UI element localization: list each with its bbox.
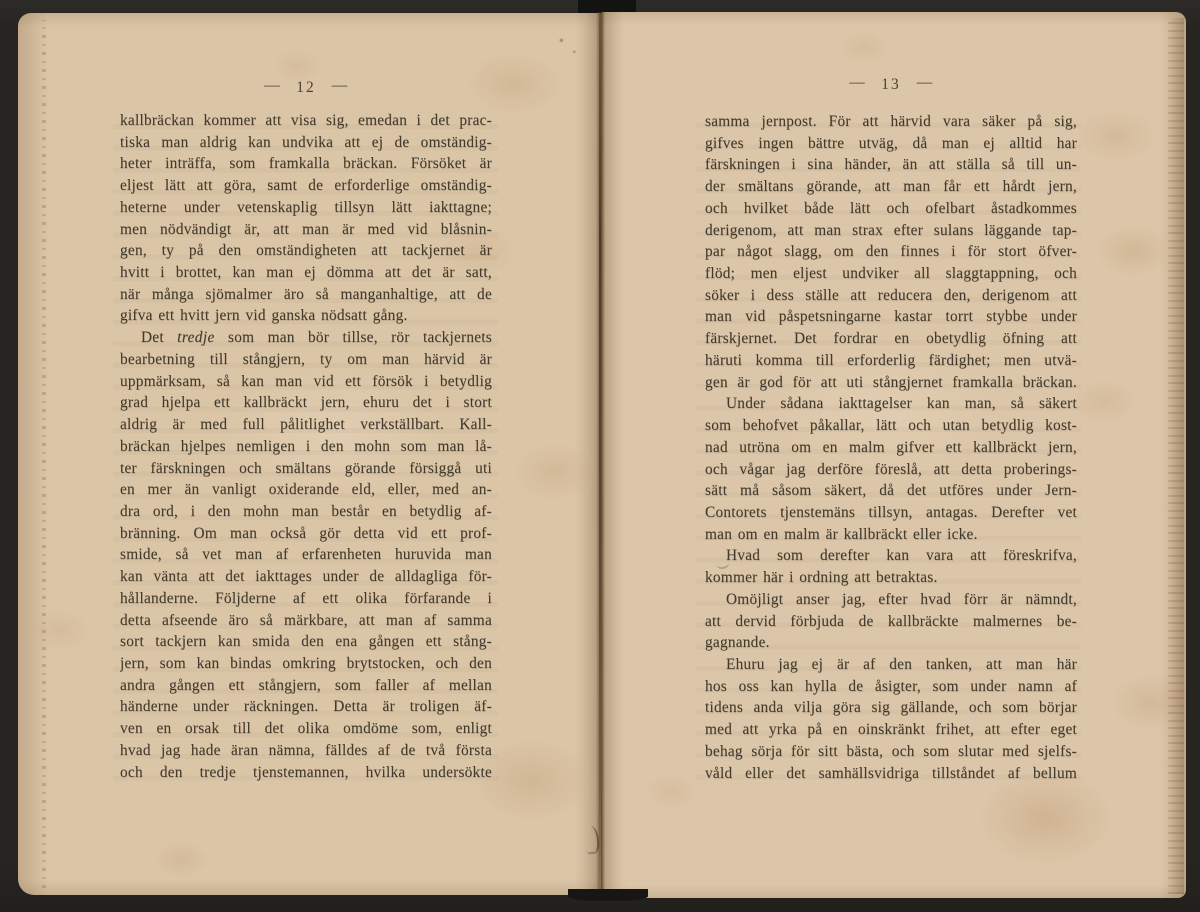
text-line: samma jernpost. För att härvid vara säke… <box>705 111 1077 133</box>
text-line: gifva ett hvitt jern vid ganska nödsatt … <box>120 305 492 327</box>
text-line: kallbräckan kommer att visa sig, emedan … <box>120 110 492 132</box>
text-line: när många sjömalmer äro så manganhaltige… <box>120 284 492 306</box>
text-line: färskjernet. Det fordrar en obetydlig öf… <box>705 328 1077 350</box>
text-line: bräckan hjelpes nemligen i den mohn som … <box>120 436 492 458</box>
text-line: hvitt i brottet, kan man ej dömma att de… <box>120 262 492 284</box>
page-text-column: samma jernpost. För att härvid vara säke… <box>705 111 1077 784</box>
text-line: derigenom, att man strax efter sulans lä… <box>705 220 1077 242</box>
header-dash-right: — <box>332 77 348 94</box>
text-line: ven en orsak till det olika omdöme som, … <box>120 718 492 740</box>
header-dash-left: — <box>849 74 865 91</box>
text-line: sort tackjern kan smida den ena gången e… <box>120 631 492 653</box>
text-line: Ehuru jag ej är af den tanken, att man h… <box>705 654 1077 676</box>
scanner-gap-bottom <box>568 889 648 901</box>
header-dash-right: — <box>917 74 933 91</box>
text-line: hos oss kan hylla de åsigter, som under … <box>705 676 1077 698</box>
text-line: man om en malm är kallbräckt eller icke. <box>705 524 1077 546</box>
text-line: en mer än vanligt oxiderande eld, eller,… <box>120 479 492 501</box>
text-line: tiska man aldrig kan undvika att ej de o… <box>120 132 492 154</box>
page-number: 12 <box>296 79 316 96</box>
text-line: andra gången ett stångjern, som faller a… <box>120 675 492 697</box>
text-line: Hvad som derefter kan vara att föreskrif… <box>705 545 1077 567</box>
text-line: flöd; men eljest undviker all slaggtappn… <box>705 263 1077 285</box>
text-line: grad hjelpa ett kallbräckt jern, ehuru d… <box>120 392 492 414</box>
page-text-column: kallbräckan kommer att visa sig, emedan … <box>120 110 492 783</box>
text-line: sätt må såsom säkert, då det utföres und… <box>705 480 1077 502</box>
text-line: gagnande. <box>705 632 1077 654</box>
page-header: —12— <box>120 79 492 97</box>
book-page-right: —13— samma jernpost. För att härvid vara… <box>601 12 1186 898</box>
text-line: våld eller det samhällsvidriga tillstånd… <box>705 763 1077 785</box>
text-line: Contorets tjenstemäns tillsyn, antagas. … <box>705 502 1077 524</box>
text-line: jern, som kan bindas omkring brytstocken… <box>120 653 492 675</box>
text-line: smide, så vet man af erfarenheten huruvi… <box>120 544 492 566</box>
text-line: bearbetning till stångjern, ty om man hä… <box>120 349 492 371</box>
text-line: men nödvändigt är, att man är med vid bl… <box>120 219 492 241</box>
text-line: och vågar jag derföre föreslå, att detta… <box>705 459 1077 481</box>
text-line: kan vänta att det iakttages under de all… <box>120 566 492 588</box>
page-header: —13— <box>705 76 1077 94</box>
text-line: som behofvet påkallar, lätt och utan bet… <box>705 415 1077 437</box>
text-line: Omöjligt anser jag, efter hvad förr är n… <box>705 589 1077 611</box>
text-line: der smältans görande, att man får ett hå… <box>705 176 1077 198</box>
text-line: eljest lätt att göra, samt de erforderli… <box>120 175 492 197</box>
text-line: bränning. Om man också gör detta vid ett… <box>120 523 492 545</box>
page-number: 13 <box>881 76 901 93</box>
text-line: söker i dess ställe att reducera den, de… <box>705 285 1077 307</box>
text-line: behag sörja för sitt bästa, och som slut… <box>705 741 1077 763</box>
text-line: ter färskningen och smältans görande för… <box>120 458 492 480</box>
text-line: nad utröna om en malm gifver ett kallbrä… <box>705 437 1077 459</box>
text-line: uppmärksam, så kan man vid ett försök i … <box>120 371 492 393</box>
text-line: hvad jag hade äran nämna, fälldes af de … <box>120 740 492 762</box>
text-line: man vid påspetsningarne kastar torrt sty… <box>705 306 1077 328</box>
book-gutter-line <box>599 14 601 896</box>
text-line: och hvilket både lätt och ofelbart åstad… <box>705 198 1077 220</box>
text-line: händerne under räckningen. Detta är trol… <box>120 696 492 718</box>
text-line: gen är god för att uti stångjernet framk… <box>705 372 1077 394</box>
text-line: med att yrka på en oinskränkt frihet, at… <box>705 719 1077 741</box>
text-line: dra ord, i den mohn man består en betydl… <box>120 501 492 523</box>
text-line: heter inträffa, som framkalla bräckan. F… <box>120 153 492 175</box>
text-line: kommer här i ordning att betraktas. <box>705 567 1077 589</box>
text-line: par något slagg, om den finnes i för sto… <box>705 241 1077 263</box>
header-dash-left: — <box>264 77 280 94</box>
text-line: gen, ty på den omständigheten att tackje… <box>120 240 492 262</box>
text-line: Under sådana iakttagelser kan man, så sä… <box>705 393 1077 415</box>
text-line: aldrig är med full pålitlighet verkställ… <box>120 414 492 436</box>
page-edge-texture-right <box>1168 18 1184 894</box>
book-page-left: —12— kallbräckan kommer att visa sig, em… <box>18 13 601 895</box>
text-line: detta afseende äro så märkbare, att man … <box>120 610 492 632</box>
text-line: färskningen i sina händer, än att ställa… <box>705 154 1077 176</box>
text-line: att dervid förbjuda de kallbräckte malme… <box>705 611 1077 633</box>
text-line: tidens anda vilja göra sig gällande, och… <box>705 697 1077 719</box>
text-line: och den tredje tjenstemannen, hvilka und… <box>120 762 492 784</box>
text-line: Det tredje som man bör tillse, rör tackj… <box>120 327 492 349</box>
text-line: gifves ingen bättre utväg, då man ej all… <box>705 133 1077 155</box>
page-edge-texture-left <box>42 20 46 888</box>
text-line: hållanderne. Följderne af ett olika förf… <box>120 588 492 610</box>
text-line: häruti komma till erforderlig färdighet;… <box>705 350 1077 372</box>
text-line: heterne under vetenskaplig tillsyn lätt … <box>120 197 492 219</box>
